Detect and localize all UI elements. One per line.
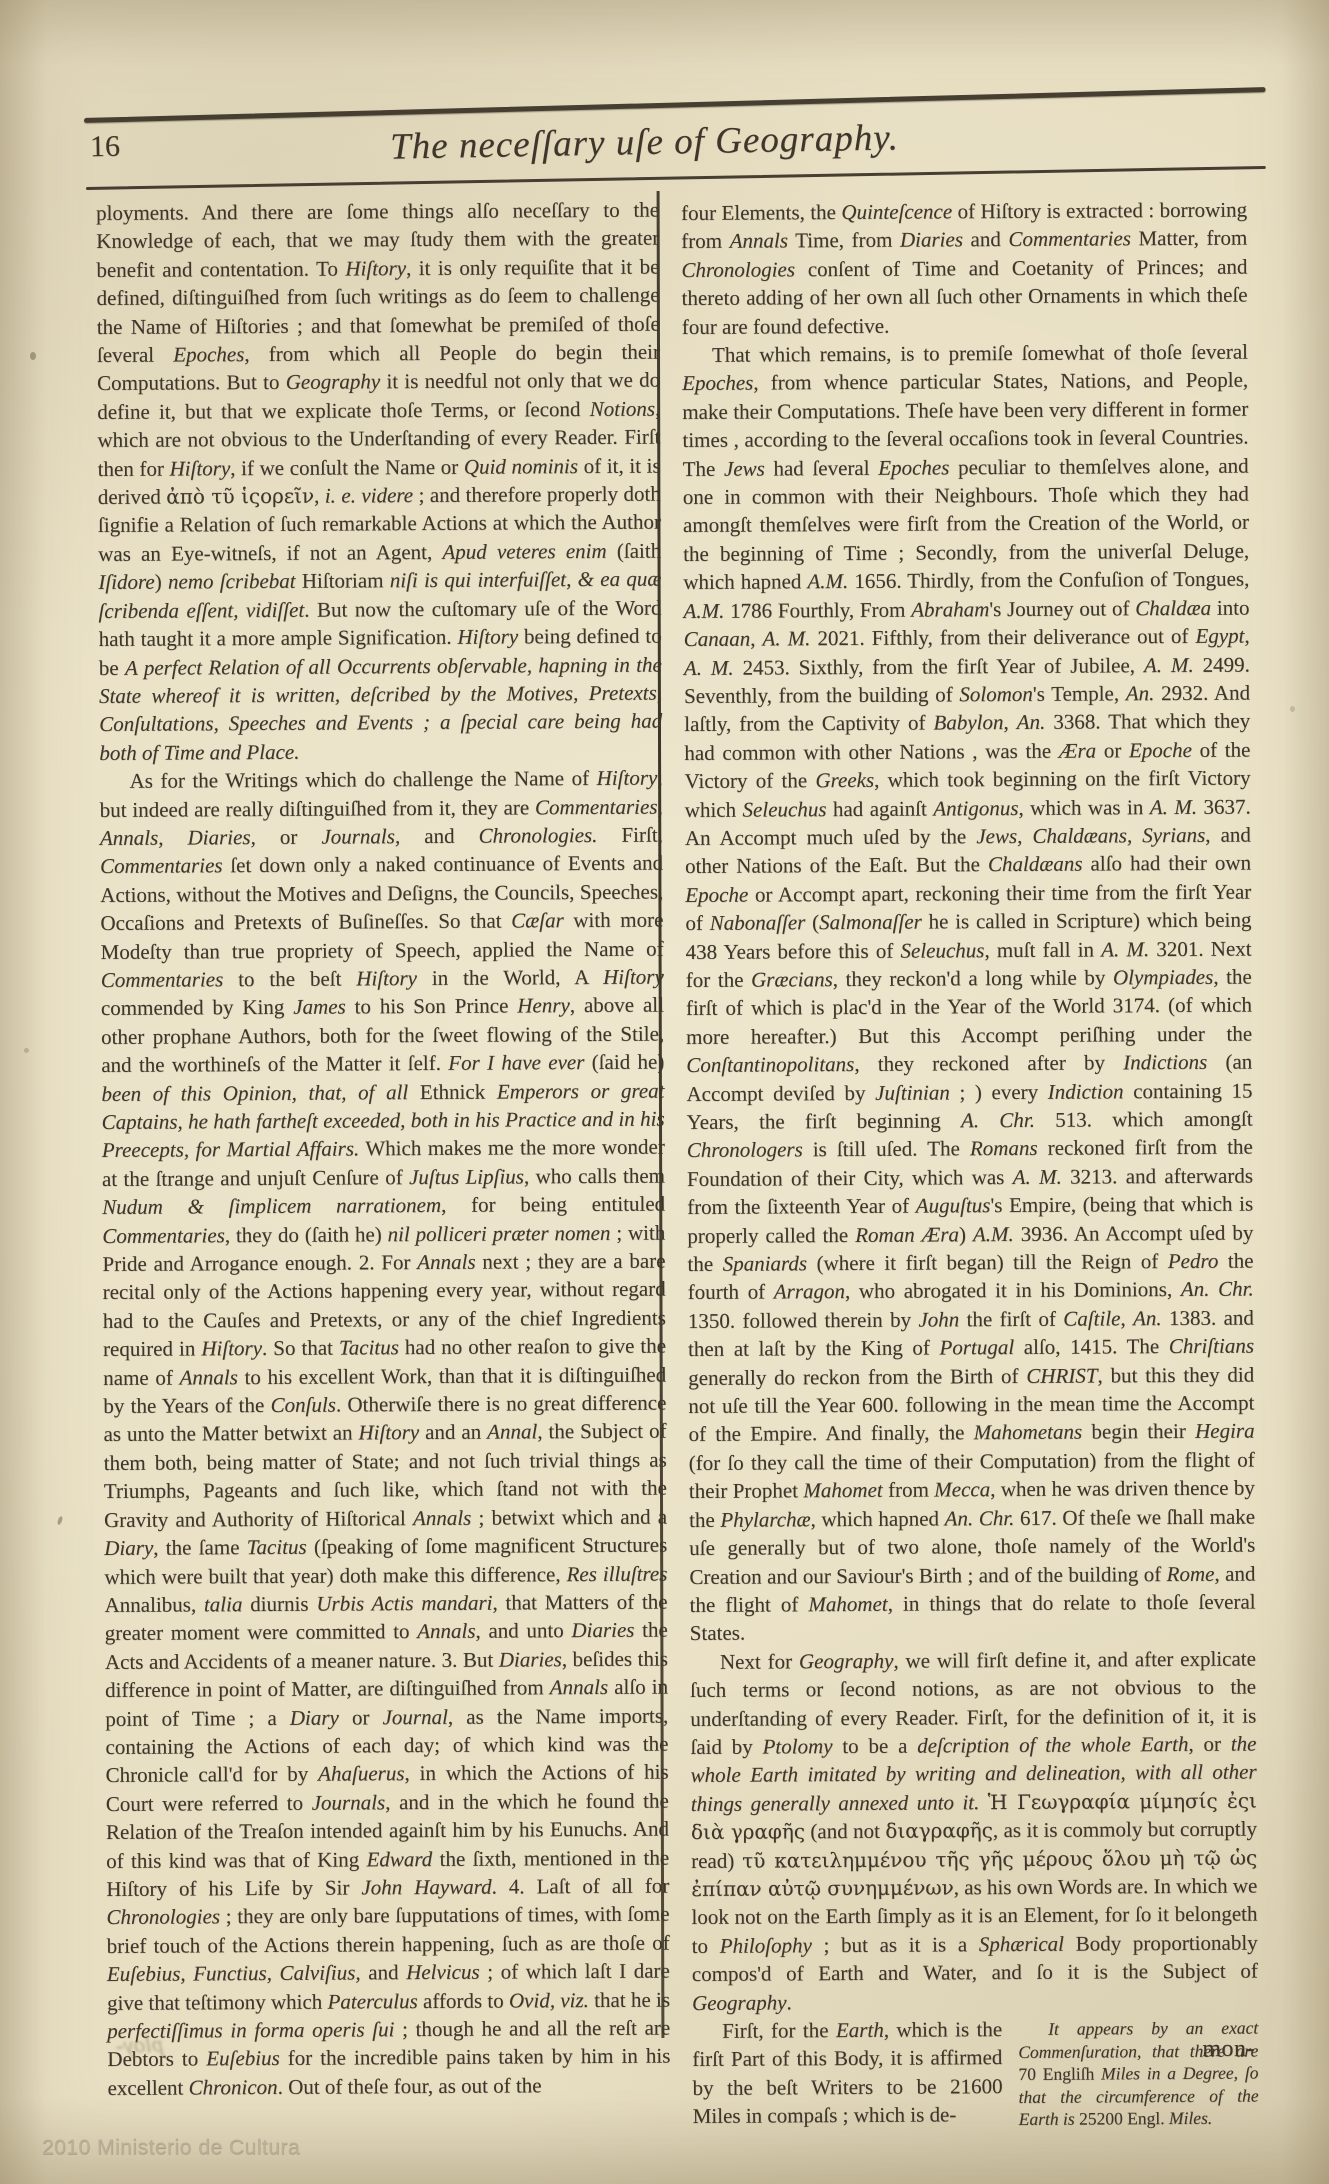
text-segment: . So that bbox=[262, 1336, 339, 1360]
text-segment: is ſtill uſed. The bbox=[803, 1137, 970, 1162]
italic-text-segment: Hiſtory bbox=[603, 965, 664, 989]
italic-text-segment: A. M. bbox=[1101, 937, 1149, 961]
italic-text-segment: Jews, Chaldæans, Syrians bbox=[976, 823, 1205, 848]
italic-text-segment: Chronicon bbox=[189, 2075, 278, 2100]
italic-text-segment: Apud veteres enim bbox=[442, 539, 606, 564]
italic-text-segment: Epoche bbox=[685, 882, 748, 906]
text-segment: Firſt, for the bbox=[722, 2018, 836, 2043]
italic-text-segment: A. M. bbox=[762, 626, 810, 650]
text-segment: ; betwixt which and a bbox=[471, 1504, 667, 1529]
text-segment: diurnis bbox=[242, 1592, 316, 1616]
text-segment: had againſt bbox=[826, 796, 933, 821]
italic-text-segment: Cæſar bbox=[511, 908, 564, 932]
italic-text-segment: Greeks bbox=[815, 768, 874, 792]
italic-text-segment: Urbis Actis mandari bbox=[316, 1591, 492, 1616]
italic-text-segment: nil polliceri præter nomen bbox=[388, 1221, 611, 1246]
italic-text-segment: An. bbox=[1133, 1306, 1162, 1330]
paragraph: ployments. And there are ſome things alſ… bbox=[96, 196, 662, 768]
italic-text-segment: Epoches bbox=[173, 342, 244, 366]
italic-text-segment: Indictions bbox=[1123, 1050, 1207, 1075]
italic-text-segment: Annals bbox=[413, 1505, 471, 1529]
text-segment: , who abrogated it in his Dominions, bbox=[845, 1277, 1181, 1303]
italic-text-segment: Conſtantinopolitans bbox=[686, 1052, 854, 1077]
text-segment: That which remains, is to premiſe ſomewh… bbox=[712, 340, 1248, 367]
italic-text-segment: Annals bbox=[730, 229, 788, 253]
italic-text-segment: Philoſophy bbox=[720, 1933, 812, 1958]
ink-speck bbox=[57, 1516, 64, 1526]
italic-text-segment: Sphærical bbox=[979, 1931, 1064, 1956]
text-segment: 513. which amongſt bbox=[1035, 1107, 1253, 1132]
italic-text-segment: Edward bbox=[366, 1847, 432, 1871]
italic-text-segment: Romans bbox=[970, 1136, 1038, 1160]
paragraph: four Elements, the Quinteſcence of Hiſto… bbox=[681, 196, 1248, 341]
text-column-right: four Elements, the Quinteſcence of Hiſto… bbox=[681, 196, 1259, 2135]
paragraph: Next for Geography, we will firſt define… bbox=[690, 1644, 1258, 2017]
italic-text-segment: A. M. bbox=[1150, 794, 1197, 818]
text-segment: , the ſame bbox=[153, 1535, 247, 1560]
italic-text-segment: Chronologies bbox=[681, 257, 795, 282]
italic-text-segment: An. bbox=[1126, 681, 1155, 705]
text-segment: , bbox=[1120, 1306, 1133, 1330]
italic-text-segment: Hiſtory bbox=[356, 966, 417, 990]
italic-text-segment: A. M. bbox=[684, 655, 734, 679]
text-segment: , or bbox=[1188, 1732, 1230, 1756]
text-segment: Time, from bbox=[788, 228, 900, 253]
italic-text-segment: A.M. bbox=[683, 598, 724, 622]
italic-text-segment: Iſidore bbox=[98, 570, 155, 594]
italic-text-segment: Henry bbox=[517, 993, 570, 1017]
italic-text-segment: Diaries bbox=[571, 1618, 634, 1642]
italic-text-segment: A.M. bbox=[807, 569, 848, 593]
text-segment: , bbox=[750, 627, 762, 651]
italic-text-segment: A. Chr. bbox=[961, 1108, 1035, 1132]
italic-text-segment: Seleuchus bbox=[742, 797, 826, 822]
italic-text-segment: Ahaſuerus bbox=[318, 1761, 404, 1786]
italic-text-segment: Babylon bbox=[933, 710, 1003, 734]
italic-text-segment: i. e. videre bbox=[325, 483, 413, 508]
ink-speck bbox=[30, 352, 36, 360]
text-segment: , muſt fall in bbox=[984, 937, 1101, 962]
italic-text-segment: Hiſtory bbox=[345, 256, 406, 280]
text-segment: (ſaith bbox=[607, 538, 662, 562]
text-segment: to the beſt bbox=[223, 966, 356, 991]
italic-text-segment: An. Chr. bbox=[945, 1506, 1015, 1530]
text-segment: ) bbox=[959, 1222, 973, 1246]
italic-text-segment: A.M. bbox=[973, 1222, 1014, 1246]
italic-text-segment: Chronologies bbox=[106, 1905, 220, 1930]
italic-text-segment: Hiſtory bbox=[169, 456, 230, 480]
italic-text-segment: Geography bbox=[799, 1648, 894, 1673]
text-segment: 1656. Thirdly, from the Confuſion of Ton… bbox=[848, 567, 1249, 593]
italic-text-segment: Diaries bbox=[900, 228, 963, 252]
text-segment: ; ) every bbox=[950, 1079, 1048, 1104]
italic-text-segment: Res illuſtres bbox=[566, 1561, 667, 1586]
italic-text-segment: Hiſtory bbox=[358, 1421, 419, 1445]
text-segment: As for the Writings which do challenge t… bbox=[129, 766, 596, 793]
text-segment: (where it firſt began) till the Reign of bbox=[807, 1249, 1168, 1275]
italic-text-segment: Annal bbox=[487, 1420, 537, 1444]
italic-text-segment: Roman Æra bbox=[855, 1222, 959, 1247]
text-segment: ; but as it is a bbox=[812, 1932, 979, 1957]
italic-text-segment: Diary bbox=[104, 1536, 153, 1560]
italic-text-segment: Egypt bbox=[1195, 624, 1244, 648]
italic-text-segment: Olympiades bbox=[1113, 965, 1213, 990]
text-segment: Firſt, bbox=[597, 822, 663, 846]
italic-text-segment: Helvicus bbox=[406, 1960, 480, 1984]
italic-text-segment: John Hayward bbox=[361, 1875, 491, 1900]
paragraph: It appears by an exact Commenſuration, t… bbox=[692, 2014, 1259, 2131]
text-segment: . bbox=[786, 1990, 791, 2014]
italic-text-segment: Hiſtory bbox=[457, 625, 518, 649]
italic-text-segment: Portugal bbox=[939, 1335, 1014, 1359]
italic-text-segment: Hiſtory bbox=[201, 1336, 262, 1360]
italic-text-segment: Jews bbox=[724, 456, 765, 480]
text-segment: alſo, 1415. The bbox=[1014, 1334, 1169, 1359]
text-segment: four Elements, the bbox=[681, 200, 841, 225]
italic-text-segment: Juſtus Lipſius bbox=[409, 1164, 524, 1189]
italic-text-segment: Hiſtory bbox=[597, 766, 658, 790]
text-segment: 2453. Sixthly, from the firſt Year of Ju… bbox=[734, 653, 1144, 680]
text-segment: , and unto bbox=[475, 1618, 571, 1643]
italic-text-segment: Journals, bbox=[321, 824, 400, 848]
text-segment: commended by King bbox=[101, 995, 293, 1020]
italic-text-segment: James bbox=[293, 995, 346, 1019]
italic-text-segment: Diary bbox=[290, 1705, 339, 1729]
text-segment: Hiſtoriam bbox=[295, 568, 389, 593]
text-segment: into bbox=[1211, 595, 1250, 619]
text-segment: in the World, A bbox=[417, 965, 603, 990]
italic-text-segment: Earth bbox=[836, 2018, 884, 2042]
show-through-ghost-text: ploy- bbox=[116, 2031, 164, 2059]
italic-text-segment: Epoche bbox=[1129, 738, 1192, 762]
italic-text-segment: Geography bbox=[286, 370, 381, 395]
italic-text-segment: Commentaries bbox=[1008, 227, 1131, 252]
italic-text-segment: Chaldæa bbox=[1135, 595, 1211, 619]
text-segment: , which was in bbox=[1018, 795, 1149, 820]
italic-text-segment: Nabonaſſer bbox=[710, 910, 806, 935]
italic-text-segment: Chaldæans bbox=[988, 852, 1083, 877]
text-segment: to his Son Prince bbox=[346, 994, 518, 1019]
italic-text-segment: Spaniards bbox=[723, 1251, 808, 1276]
text-segment: . Out of theſe four, as out of the bbox=[278, 2073, 542, 2099]
text-segment: Matter, from bbox=[1131, 226, 1247, 251]
italic-text-segment: A. M. bbox=[1144, 652, 1194, 676]
text-segment: , for being entituled bbox=[441, 1192, 665, 1217]
text-segment: Ethnick bbox=[408, 1079, 497, 1104]
text-segment: , who calls them bbox=[524, 1163, 665, 1188]
text-segment: 2021. Fifthly, from their deliverance ou… bbox=[810, 624, 1195, 650]
text-segment: begin their bbox=[1082, 1419, 1195, 1444]
text-segment: to be a bbox=[832, 1734, 917, 1759]
scanned-book-page: 16 The neceſſary uſe of Geography. ploym… bbox=[0, 0, 1329, 2184]
italic-text-segment: Annals bbox=[179, 1365, 237, 1389]
text-segment: 25200 Engl. bbox=[1079, 2108, 1169, 2129]
ink-speck bbox=[24, 1048, 29, 1053]
text-column-left: ployments. And there are ſome things alſ… bbox=[96, 196, 671, 2103]
italic-text-segment: An. Chr. bbox=[1181, 1277, 1254, 1301]
italic-text-segment: Indiction bbox=[1048, 1079, 1124, 1103]
italic-text-segment: nemo ſcribebat bbox=[168, 569, 296, 594]
italic-text-segment: Seleuchus bbox=[900, 938, 984, 963]
italic-text-segment: CHRIST bbox=[1026, 1363, 1097, 1387]
text-segment: 1786 Fourthly, From bbox=[724, 597, 911, 622]
italic-text-segment: Euſebius bbox=[206, 2046, 280, 2070]
italic-text-segment: Mahometans bbox=[974, 1420, 1083, 1445]
text-segment bbox=[979, 1790, 988, 1814]
italic-text-segment: Diaries bbox=[499, 1647, 562, 1671]
italic-text-segment: Auguſtus bbox=[916, 1193, 991, 1217]
italic-text-segment: Quinteſcence bbox=[841, 199, 952, 224]
text-segment: , bbox=[1003, 710, 1016, 734]
italic-text-segment: Juſtinian bbox=[875, 1080, 950, 1104]
greek-phrase: διαγραφῆς bbox=[885, 1818, 993, 1843]
italic-text-segment: Notions bbox=[590, 396, 656, 420]
text-segment: ) bbox=[155, 570, 168, 594]
italic-text-segment: Hegira bbox=[1195, 1419, 1255, 1443]
italic-text-segment: Paterculus bbox=[327, 1989, 417, 2014]
italic-text-segment: Epoches bbox=[682, 371, 753, 395]
catchword: mon- bbox=[1050, 2036, 1255, 2063]
italic-text-segment: Chronologies. bbox=[479, 823, 598, 848]
italic-text-segment: Salmonaſſer bbox=[819, 910, 922, 935]
text-segment: (and not bbox=[805, 1819, 886, 1843]
italic-text-segment: deſcription of the whole Earth bbox=[917, 1732, 1188, 1758]
text-segment: , bbox=[1244, 624, 1249, 648]
italic-text-segment: A. M. bbox=[1013, 1165, 1062, 1189]
text-segment: from bbox=[883, 1478, 935, 1502]
italic-text-segment: Rome bbox=[1167, 1561, 1215, 1585]
text-segment: , bbox=[314, 484, 325, 508]
italic-text-segment: talia bbox=[204, 1592, 243, 1616]
text-segment: and bbox=[361, 1960, 407, 1984]
italic-text-segment: Phylarchæ bbox=[720, 1507, 810, 1532]
italic-text-segment: Pedro bbox=[1168, 1249, 1219, 1273]
text-segment: generally do reckon from the Birth of bbox=[688, 1364, 1026, 1390]
italic-text-segment: Tacitus bbox=[339, 1335, 399, 1359]
italic-text-segment: Æra bbox=[1059, 738, 1097, 762]
italic-text-segment: Abraham bbox=[911, 597, 989, 621]
italic-text-segment: Ptolomy bbox=[762, 1734, 832, 1758]
text-segment: and an bbox=[419, 1420, 487, 1444]
greek-phrase: ἀπὸ τῦ ἱςορεῖν bbox=[166, 484, 314, 509]
italic-text-segment: been of this Opinion, that, of all bbox=[101, 1080, 408, 1106]
marginal-note: It appears by an exact Commenſuration, t… bbox=[1018, 2017, 1259, 2131]
text-segment: , they reckoned after by bbox=[854, 1051, 1123, 1077]
italic-text-segment: Græcians bbox=[751, 967, 833, 991]
italic-text-segment: An. bbox=[1017, 710, 1046, 734]
italic-text-segment: Euſebius, Functius, Calviſius, bbox=[107, 1961, 361, 1987]
italic-text-segment: Commentaries bbox=[101, 967, 224, 992]
italic-text-segment: Commentaries bbox=[102, 1223, 225, 1248]
text-segment: and bbox=[963, 227, 1009, 251]
text-segment: Next for bbox=[720, 1649, 799, 1673]
italic-text-segment: Antigonus bbox=[933, 795, 1018, 820]
text-segment: 70 Engliſh bbox=[1018, 2063, 1101, 2084]
text-segment: ( bbox=[805, 910, 819, 934]
text-segment: the firſt of bbox=[959, 1307, 1063, 1332]
text-segment: that he is bbox=[589, 1987, 670, 2011]
italic-text-segment: Mahomet bbox=[808, 1592, 887, 1616]
italic-text-segment: Annals bbox=[550, 1675, 608, 1699]
text-segment: 's Temple, bbox=[1033, 681, 1126, 706]
text-segment: alſo had their own bbox=[1082, 851, 1251, 876]
text-segment: , they do (ſaith he) bbox=[225, 1222, 388, 1247]
text-segment: (ſaid he) bbox=[584, 1050, 664, 1074]
text-segment: , they reckon'd a long while by bbox=[833, 965, 1113, 991]
text-segment: 's Journey out of bbox=[989, 596, 1135, 621]
text-segment: , which hapned bbox=[810, 1506, 944, 1531]
ink-speck bbox=[1290, 706, 1295, 712]
italic-text-segment: Annals bbox=[417, 1250, 475, 1274]
italic-text-segment: A perfect Relation of all Occurrents obſ… bbox=[99, 652, 662, 765]
italic-text-segment: Mecca bbox=[934, 1477, 990, 1501]
text-segment: affords to bbox=[418, 1988, 509, 2013]
italic-text-segment: Conſuls bbox=[271, 1393, 337, 1417]
italic-text-segment: For I have ever bbox=[448, 1050, 584, 1075]
italic-text-segment: Ovid, viz. bbox=[509, 1988, 589, 2012]
italic-text-segment: Tacitus bbox=[247, 1535, 307, 1559]
italic-text-segment: Journals bbox=[312, 1790, 386, 1814]
italic-text-segment: Solomon bbox=[959, 682, 1033, 706]
italic-text-segment: Mahomet bbox=[803, 1478, 882, 1502]
text-segment: 1350. followed therein by bbox=[688, 1307, 919, 1332]
text-segment: , if we conſult the Name or bbox=[230, 454, 464, 479]
italic-text-segment: Commentaries bbox=[100, 854, 223, 879]
text-segment: or bbox=[339, 1705, 383, 1729]
italic-text-segment: Canaan bbox=[684, 627, 751, 651]
italic-text-segment: Miles. bbox=[1169, 2108, 1212, 2128]
text-segment: . 4. Laſt of all for bbox=[492, 1873, 670, 1898]
italic-text-segment: Caſtile bbox=[1063, 1306, 1120, 1330]
italic-text-segment: Nudum & ſimplicem narrationem bbox=[102, 1193, 441, 1219]
italic-text-segment: Arragon bbox=[774, 1279, 845, 1303]
italic-text-segment: Epoches bbox=[878, 455, 949, 479]
italic-text-segment: Geography bbox=[692, 1990, 787, 2015]
italic-text-segment: Chronologers bbox=[687, 1138, 803, 1163]
text-segment: and bbox=[400, 824, 479, 848]
italic-text-segment: Journal bbox=[382, 1704, 447, 1728]
text-segment: or bbox=[256, 825, 322, 849]
text-segment: or bbox=[1096, 738, 1129, 762]
text-segment: Annalibus, bbox=[105, 1592, 204, 1617]
italic-text-segment: Annals bbox=[417, 1619, 475, 1643]
digitization-watermark: 2010 Ministerio de Cultura bbox=[42, 2136, 300, 2160]
paragraph: That which remains, is to premiſe ſomewh… bbox=[682, 338, 1256, 1648]
italic-text-segment: Quid nominis bbox=[464, 454, 578, 479]
text-segment: had ſeveral bbox=[765, 455, 879, 480]
italic-text-segment: Chriſtians bbox=[1169, 1334, 1254, 1359]
italic-text-segment: John bbox=[918, 1307, 959, 1331]
paragraph: As for the Writings which do challenge t… bbox=[99, 764, 670, 2103]
